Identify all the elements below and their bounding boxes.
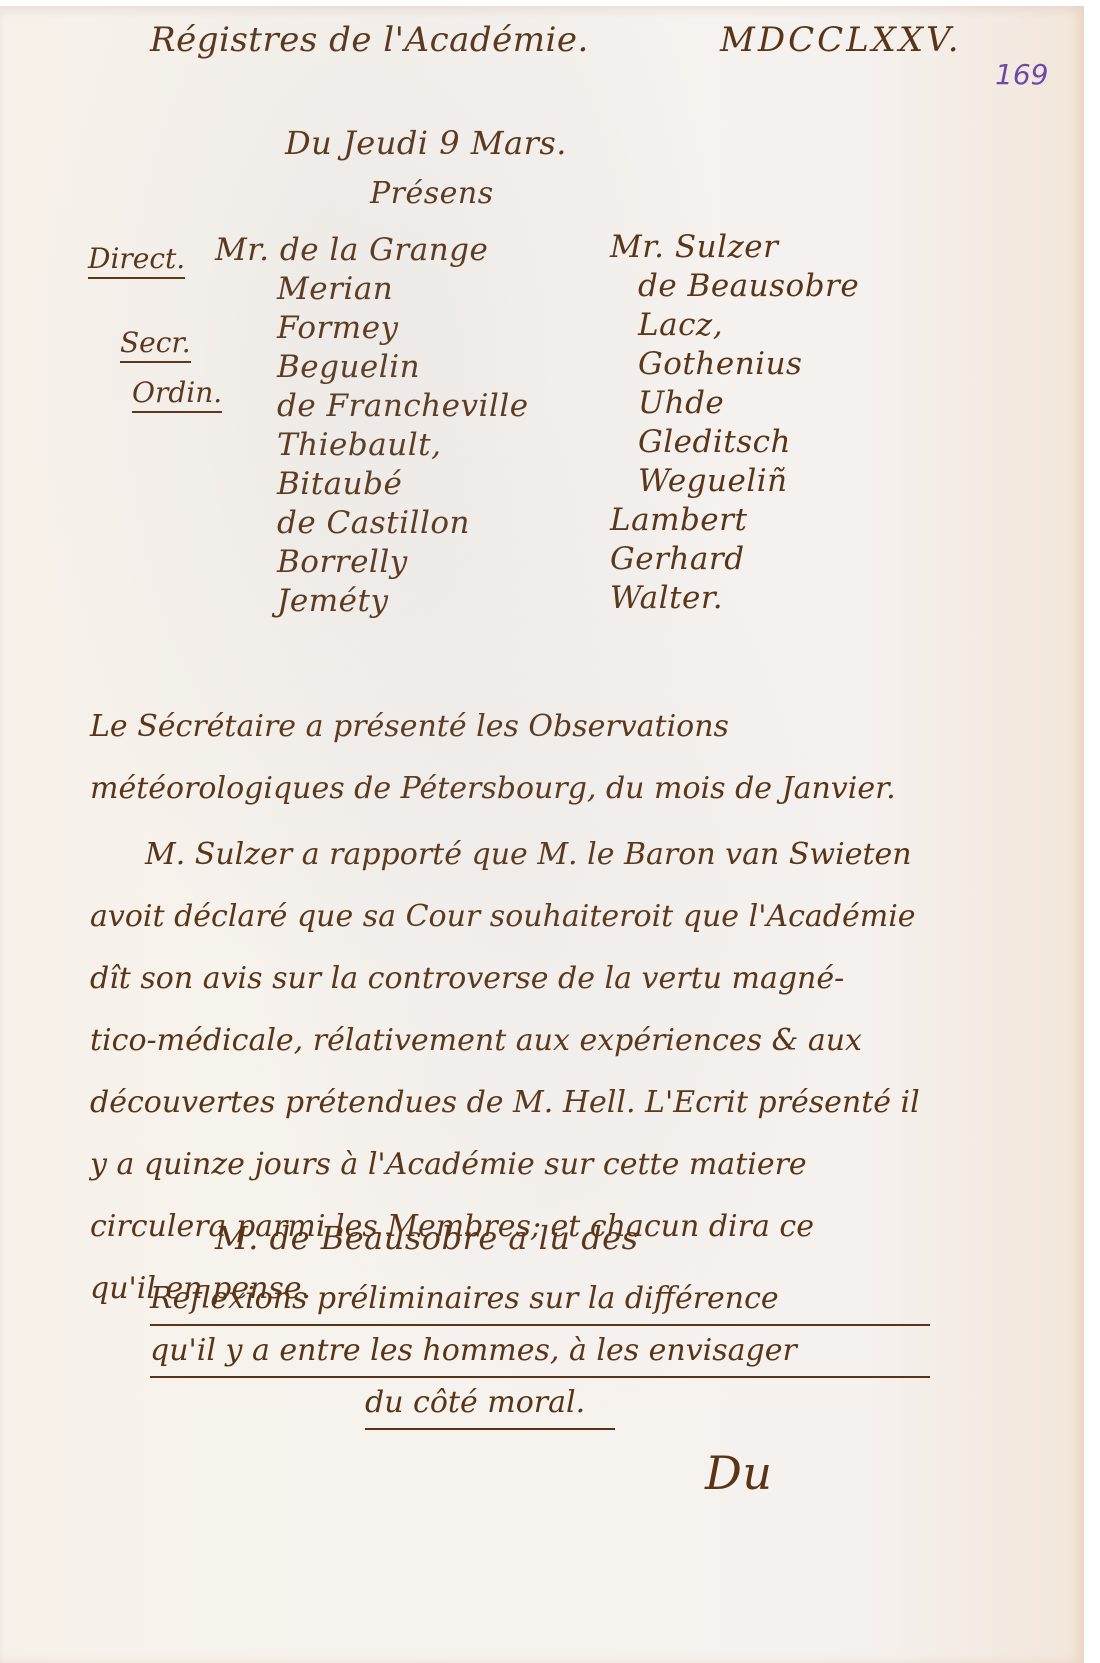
attendee-name: Thiebault,: [215, 426, 529, 465]
text-line: dît son avis sur la controverse de la ve…: [90, 948, 1020, 1010]
reading-intro: M. de Beausobre a lu des: [215, 1219, 639, 1257]
year-roman-numeral: MDCCLXXV.: [720, 20, 962, 60]
attendee-name: Gleditsch: [610, 423, 859, 462]
text-line: M. Sulzer a rapporté que M. le Baron van…: [90, 824, 1020, 886]
attendees-left-column: Mr. de la Grange Merian Formey Beguelin …: [215, 231, 529, 621]
attendee-name: Lambert: [610, 501, 859, 540]
text-line: avoit déclaré que sa Cour souhaiteroit q…: [90, 886, 1020, 948]
attendee-name: Formey: [215, 309, 529, 348]
attendee-name: Walter.: [610, 579, 859, 618]
attendee-name: Gerhard: [610, 540, 859, 579]
attendee-name: Mr. Sulzer: [610, 228, 859, 267]
attendee-name: Uhde: [610, 384, 859, 423]
attendee-name: Merian: [215, 270, 529, 309]
title-line: du côté moral.: [365, 1378, 615, 1430]
attendees-right-column: Mr. Sulzer de Beausobre Lacz, Gothenius …: [610, 228, 859, 618]
attendee-name: de Castillon: [215, 504, 529, 543]
attendee-name: Bitaubé: [215, 465, 529, 504]
role-secretary: Secr.: [120, 326, 191, 363]
text-line: y a quinze jours à l'Académie sur cette …: [90, 1134, 1020, 1196]
meeting-date: Du Jeudi 9 Mars.: [285, 124, 567, 162]
title-line: qu'il y a entre les hommes, à les envisa…: [150, 1326, 930, 1378]
register-title: Régistres de l'Académie.: [150, 20, 589, 60]
text-line: tico-médicale, rélativement aux expérien…: [90, 1010, 1020, 1072]
attendee-name: Wegueliñ: [610, 462, 859, 501]
role-director: Direct.: [88, 242, 185, 279]
manuscript-page: Régistres de l'Académie. MDCCLXXV. 169 D…: [0, 6, 1084, 1663]
attendee-name: Borrelly: [215, 543, 529, 582]
attendee-name: Jeméty: [215, 582, 529, 621]
presens-label: Présens: [370, 176, 494, 211]
reading-title-underlined: Reflexions préliminaires sur la différen…: [150, 1274, 930, 1430]
role-ordinary: Ordin.: [132, 376, 222, 413]
minutes-paragraph-observations: Le Sécrétaire a présenté les Observation…: [90, 696, 1020, 820]
text-line: découvertes prétendues de M. Hell. L'Ecr…: [90, 1072, 1020, 1134]
text-line: météorologiques de Pétersbourg, du mois …: [90, 758, 1020, 820]
attendee-name: Lacz,: [610, 306, 859, 345]
catchword: Du: [705, 1446, 773, 1500]
attendee-name: Mr. de la Grange: [215, 231, 529, 270]
title-line: Reflexions préliminaires sur la différen…: [150, 1274, 930, 1326]
text-line: Le Sécrétaire a présenté les Observation…: [90, 696, 1020, 758]
attendee-name: Beguelin: [215, 348, 529, 387]
attendee-name: Gothenius: [610, 345, 859, 384]
attendee-name: de Francheville: [215, 387, 529, 426]
folio-number: 169: [995, 58, 1048, 91]
attendee-name: de Beausobre: [610, 267, 859, 306]
